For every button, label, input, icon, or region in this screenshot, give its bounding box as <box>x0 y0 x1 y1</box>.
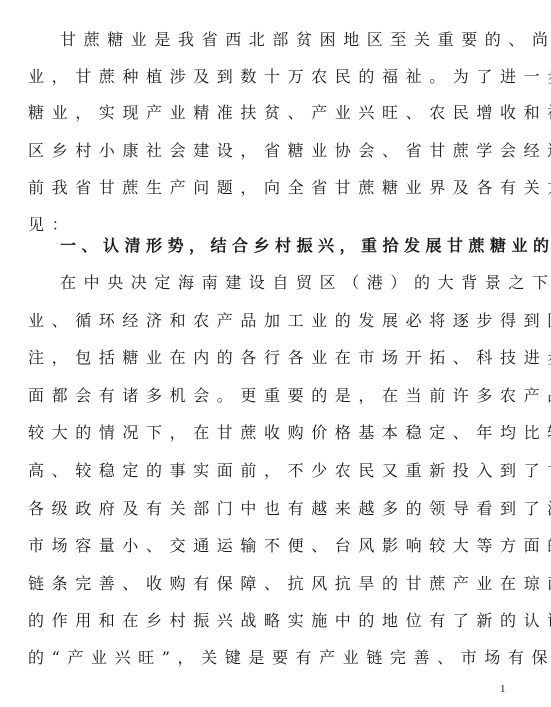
text-line: 的作用和在乡村振兴战略实施中的地位有了新的认识。乡村振兴战略 <box>28 609 504 633</box>
text-line: 区乡村小康社会建设，省糖业协会、省甘蔗学会经过认真研究，就当 <box>28 139 504 163</box>
text-line: 注，包括糖业在内的各行各业在市场开拓、科技进步和融资合作等方 <box>28 346 504 370</box>
text-line: 链条完善、收购有保障、抗风抗旱的甘蔗产业在琼西地区扶贫攻坚中 <box>28 572 504 596</box>
text-line: 业，甘蔗种植涉及到数十万农民的福祉。为了进一步振兴我省的甘蔗 <box>28 65 504 89</box>
text-line: 糖业，实现产业精准扶贫、产业兴旺、农民增收和社会稳定，助力蔗 <box>28 101 504 125</box>
text-line: 高、较稳定的事实面前，不少农民又重新投入到了甘蔗生产中去，而 <box>28 459 504 483</box>
text-line: 业、循环经济和农产品加工业的发展必将逐步得到国内外的广泛关 <box>28 309 504 333</box>
text-line: 在中央决定海南建设自贸区（港）的大背景之下，海南的绿色产 <box>60 271 504 295</box>
page-number: 1 <box>500 682 506 696</box>
text-line: 的“产业兴旺”，关键是要有产业链完善、市场有保障、年收益稳定 <box>28 646 504 670</box>
document-page: 甘蔗糖业是我省西北部贫困地区至关重要的、尚难替代的传统产 业，甘蔗种植涉及到数十… <box>0 0 551 707</box>
text-line: 前我省甘蔗生产问题，向全省甘蔗糖业界及各有关方面提出如下意 <box>28 176 504 200</box>
section-heading: 一、认清形势，结合乡村振兴，重拾发展甘蔗糖业的信心 <box>60 234 460 258</box>
text-line: 市场容量小、交通运输不便、台风影响较大等方面的局限性，对产业 <box>28 534 504 558</box>
text-line: 甘蔗糖业是我省西北部贫困地区至关重要的、尚难替代的传统产 <box>60 28 504 52</box>
text-line: 各级政府及有关部门中也有越来越多的领导看到了海岛型农业经济 <box>28 497 504 521</box>
text-line: 面都会有诸多机会。更重要的是，在当前许多农产品滞销、价格起伏 <box>28 384 504 408</box>
text-line: 较大的情况下，在甘蔗收购价格基本稳定、年均比较效益仍然相对较 <box>28 421 504 445</box>
